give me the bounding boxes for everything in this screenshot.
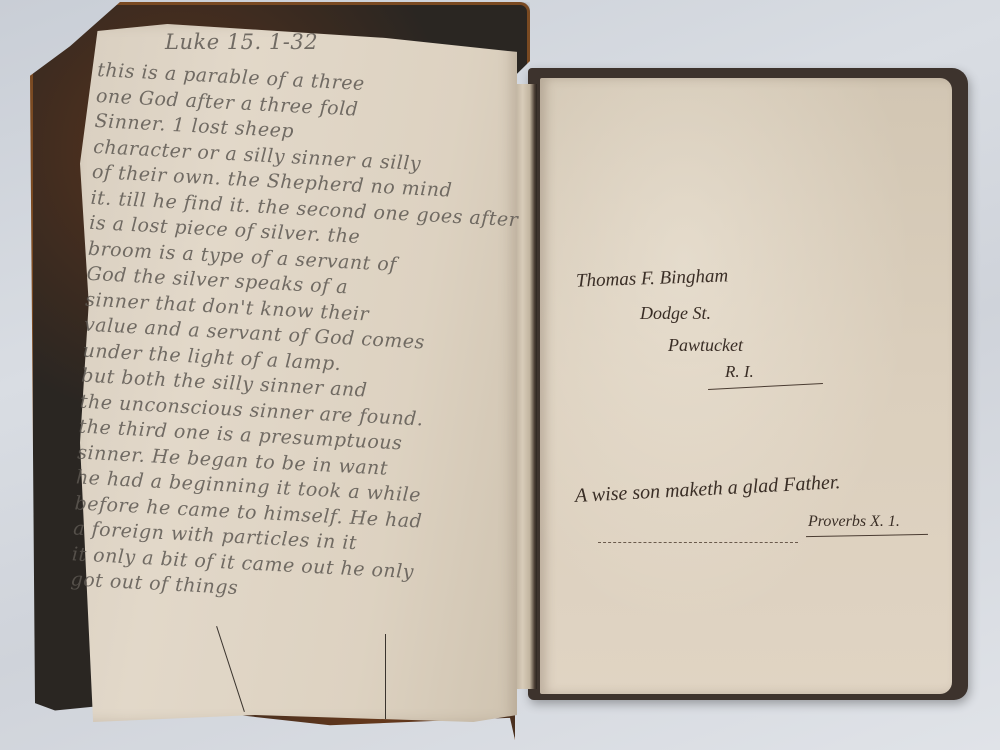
pencil-heading: Luke 15. 1-32: [165, 30, 318, 55]
owner-city: Pawtucket: [668, 335, 743, 356]
photo-scene: Luke 15. 1-32 this is a parable of a thr…: [0, 0, 1000, 750]
dashed-line: [598, 542, 798, 543]
page-crack: [216, 626, 245, 712]
pencil-notes: this is a parable of a three one God aft…: [70, 58, 526, 615]
owner-street: Dodge St.: [640, 303, 711, 324]
owner-state: R. I.: [725, 362, 754, 382]
page-crack: [385, 634, 386, 719]
proverb-reference: Proverbs X. 1.: [808, 513, 900, 531]
